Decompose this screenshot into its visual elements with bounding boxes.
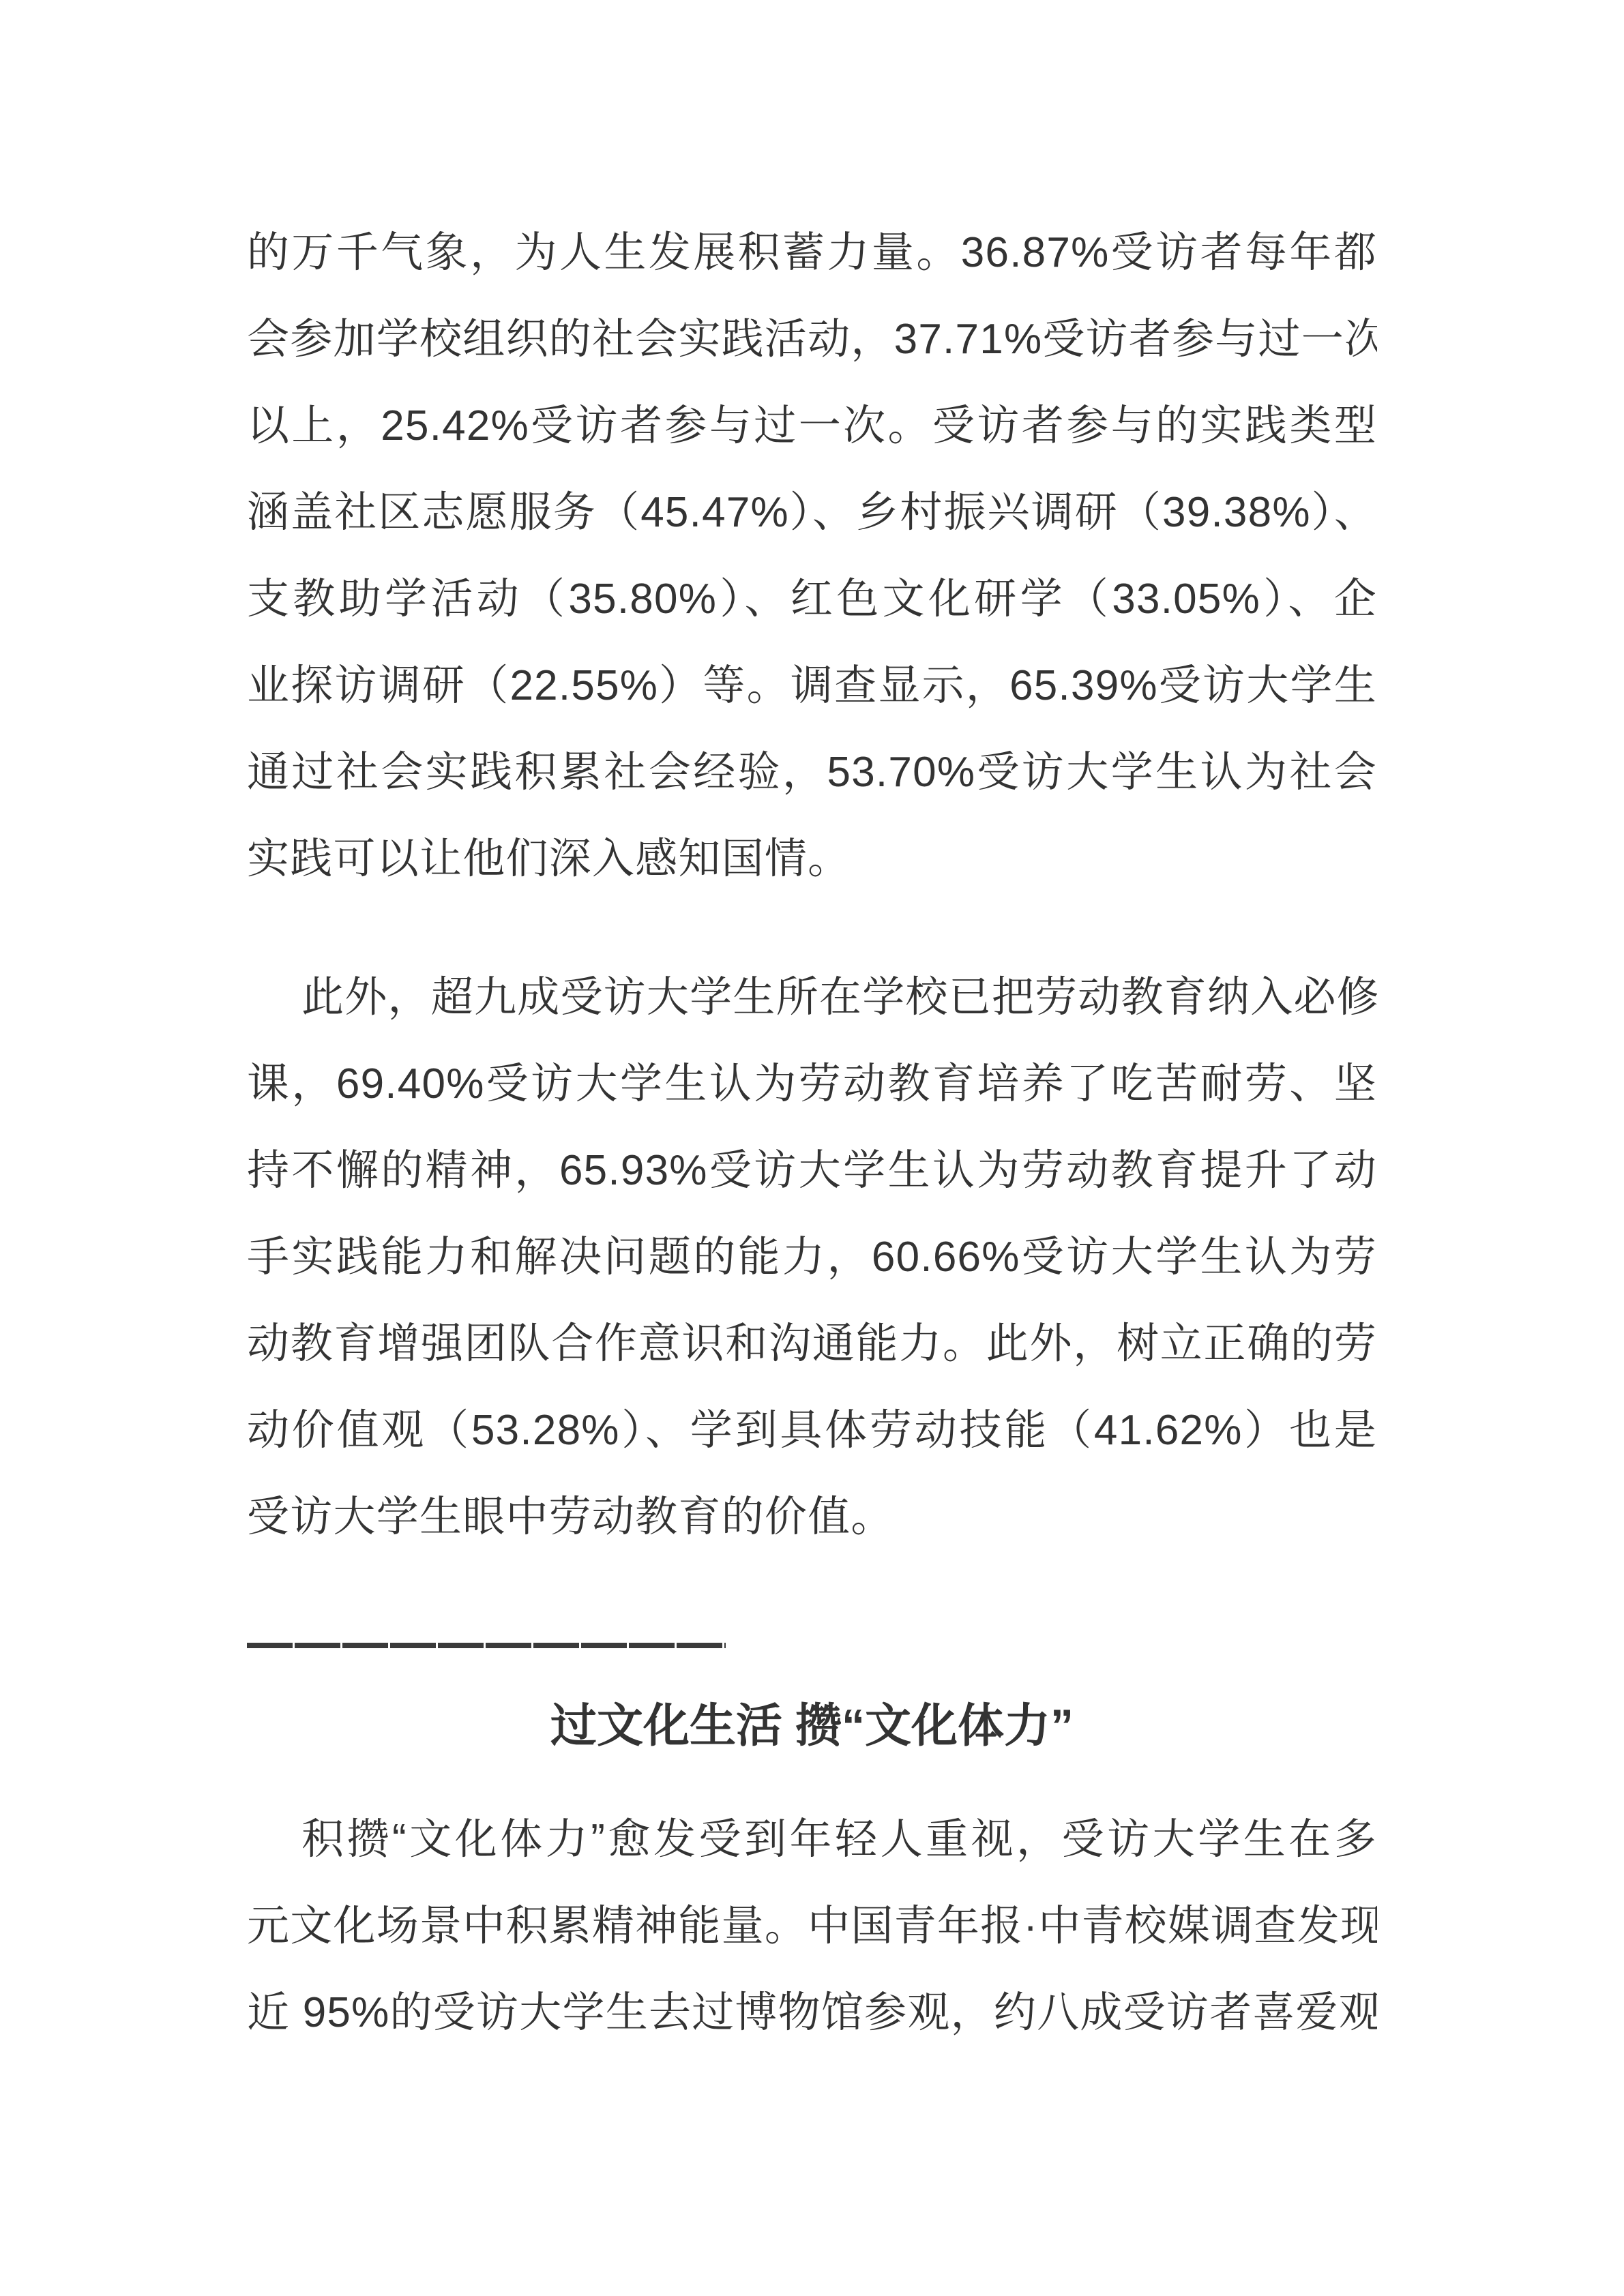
text-line: 动教育增强团队合作意识和沟通能力。此外，树立正确的劳 xyxy=(247,1300,1377,1387)
text-line: 课，69.40%受访大学生认为劳动教育培养了吃苦耐劳、坚 xyxy=(247,1041,1377,1127)
text-line: 支教助学活动（35.80%）、红色文化研学（33.05%）、企 xyxy=(247,556,1377,642)
section-heading: 过文化生活 攒“文化体力” xyxy=(247,1683,1377,1770)
text-line: 涵盖社区志愿服务（45.47%）、乡村振兴调研（39.38%）、 xyxy=(247,469,1377,556)
text-line: 积攒“文化体力”愈发受到年轻人重视，受访大学生在多 xyxy=(247,1796,1377,1883)
text-line: 动价值观（53.28%）、学到具体劳动技能（41.62%）也是 xyxy=(247,1387,1377,1474)
text-line: 的万千气象，为人生发展积蓄力量。36.87%受访者每年都 xyxy=(247,209,1377,296)
text-line: 实践可以让他们深入感知国情。 xyxy=(247,816,1377,902)
text-line: 此外，超九成受访大学生所在学校已把劳动教育纳入必修 xyxy=(247,954,1377,1041)
text-line: 近 95%的受访大学生去过博物馆参观，约八成受访者喜爱观 xyxy=(247,1969,1377,2056)
paragraph-2: 此外，超九成受访大学生所在学校已把劳动教育纳入必修课，69.40%受访大学生认为… xyxy=(247,954,1377,1560)
text-line: 受访大学生眼中劳动教育的价值。 xyxy=(247,1474,1377,1560)
text-line: 业探访调研（22.55%）等。调查显示，65.39%受访大学生 xyxy=(247,642,1377,729)
text-line: 手实践能力和解决问题的能力，60.66%受访大学生认为劳 xyxy=(247,1214,1377,1300)
paragraph-3: 积攒“文化体力”愈发受到年轻人重视，受访大学生在多元文化场景中积累精神能量。中国… xyxy=(247,1796,1377,2056)
section-divider xyxy=(247,1643,726,1648)
text-line: 通过社会实践积累社会经验，53.70%受访大学生认为社会 xyxy=(247,729,1377,816)
document-page: 的万千气象，为人生发展积蓄力量。36.87%受访者每年都会参加学校组织的社会实践… xyxy=(0,0,1624,2296)
text-line: 持不懈的精神，65.93%受访大学生认为劳动教育提升了动 xyxy=(247,1127,1377,1214)
text-line: 以上，25.42%受访者参与过一次。受访者参与的实践类型 xyxy=(247,383,1377,469)
text-line: 元文化场景中积累精神能量。中国青年报·中青校媒调查发现， xyxy=(247,1883,1377,1969)
paragraph-1: 的万千气象，为人生发展积蓄力量。36.87%受访者每年都会参加学校组织的社会实践… xyxy=(247,209,1377,902)
text-line: 会参加学校组织的社会实践活动，37.71%受访者参与过一次 xyxy=(247,296,1377,383)
